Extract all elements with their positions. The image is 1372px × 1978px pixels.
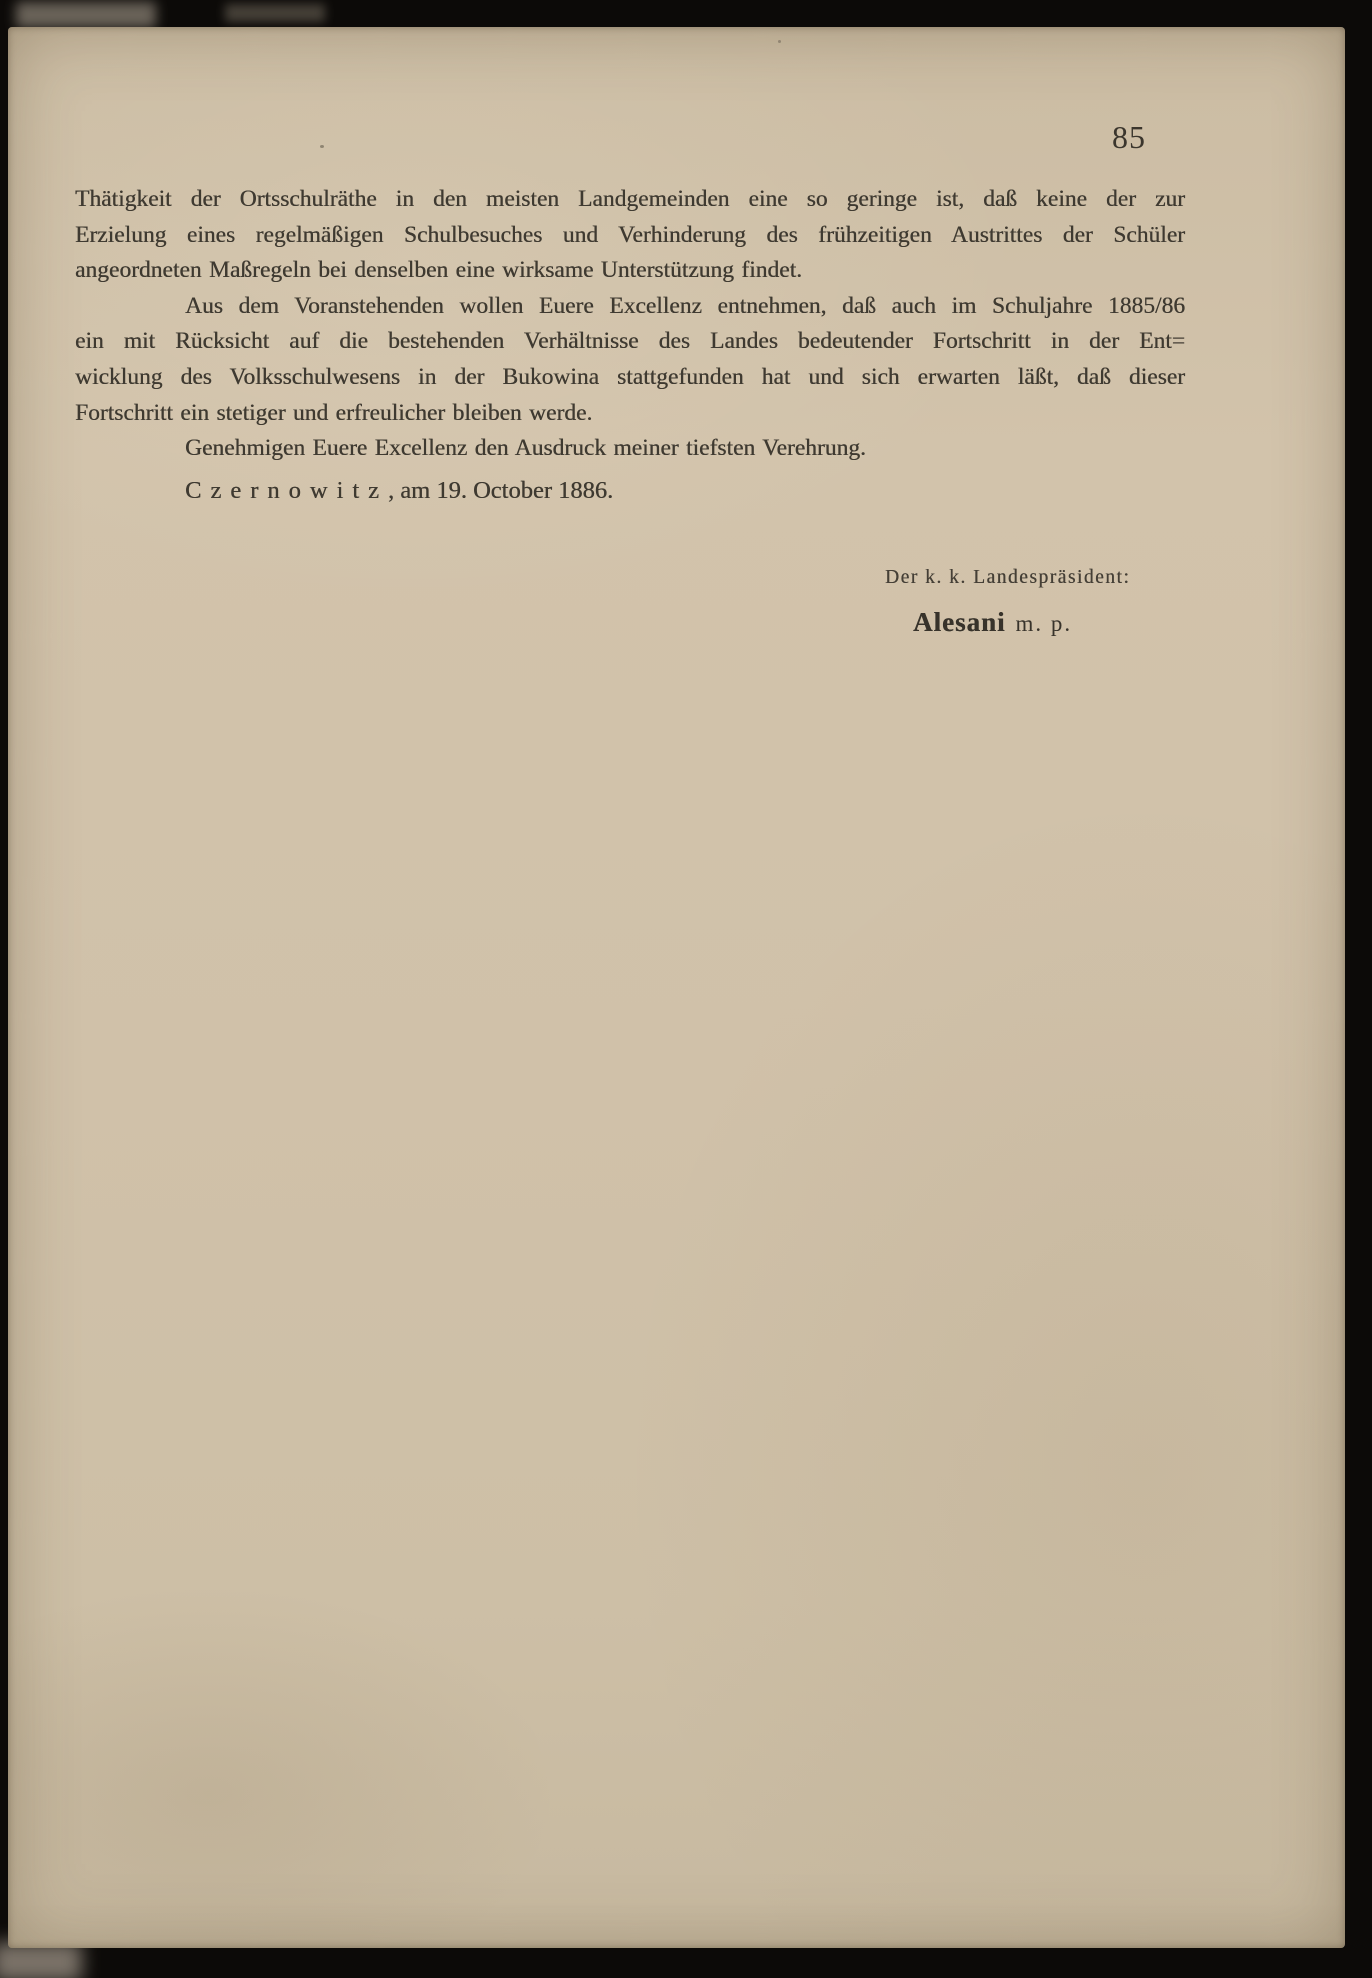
signature-line: Alesanim. p. bbox=[913, 607, 1072, 638]
document-page: 85 Thätigkeit der Ortsschulräthe in den … bbox=[8, 27, 1345, 1948]
text-line: wicklung des Volksschulwesens in der Buk… bbox=[75, 360, 1185, 396]
dateline: Czernowitz, am 19. October 1886. bbox=[185, 477, 613, 505]
signature-title: Der k. k. Landespräsident: bbox=[885, 567, 1130, 589]
page-number: 85 bbox=[1112, 119, 1146, 156]
dateline-rest: , am 19. October 1886. bbox=[388, 477, 613, 504]
body-text: Thätigkeit der Ortsschulräthe in den mei… bbox=[75, 182, 1185, 467]
dateline-city: Czernowitz bbox=[185, 477, 388, 504]
ink-speck bbox=[778, 40, 781, 43]
text-line: Genehmigen Euere Excellenz den Ausdruck … bbox=[75, 431, 1185, 467]
signature-name: Alesani bbox=[913, 607, 1006, 637]
text-line: Erzielung eines regelmäßigen Schulbesuch… bbox=[75, 218, 1185, 254]
text-line: angeordneten Maßregeln bei denselben ein… bbox=[75, 253, 1185, 289]
signature-suffix: m. p. bbox=[1016, 611, 1073, 636]
text-line: Fortschritt ein stetiger und erfreuliche… bbox=[75, 396, 1185, 432]
scanned-page-background: { "page_number": "85", "colors": { "pape… bbox=[0, 0, 1372, 1978]
text-line: ein mit Rücksicht auf die bestehenden Ve… bbox=[75, 324, 1185, 360]
scan-smudge bbox=[225, 4, 325, 22]
text-line: Aus dem Voranstehenden wollen Euere Exce… bbox=[75, 289, 1185, 325]
text-line: Thätigkeit der Ortsschulräthe in den mei… bbox=[75, 182, 1185, 218]
scan-smudge bbox=[16, 2, 156, 28]
ink-speck bbox=[320, 145, 324, 148]
